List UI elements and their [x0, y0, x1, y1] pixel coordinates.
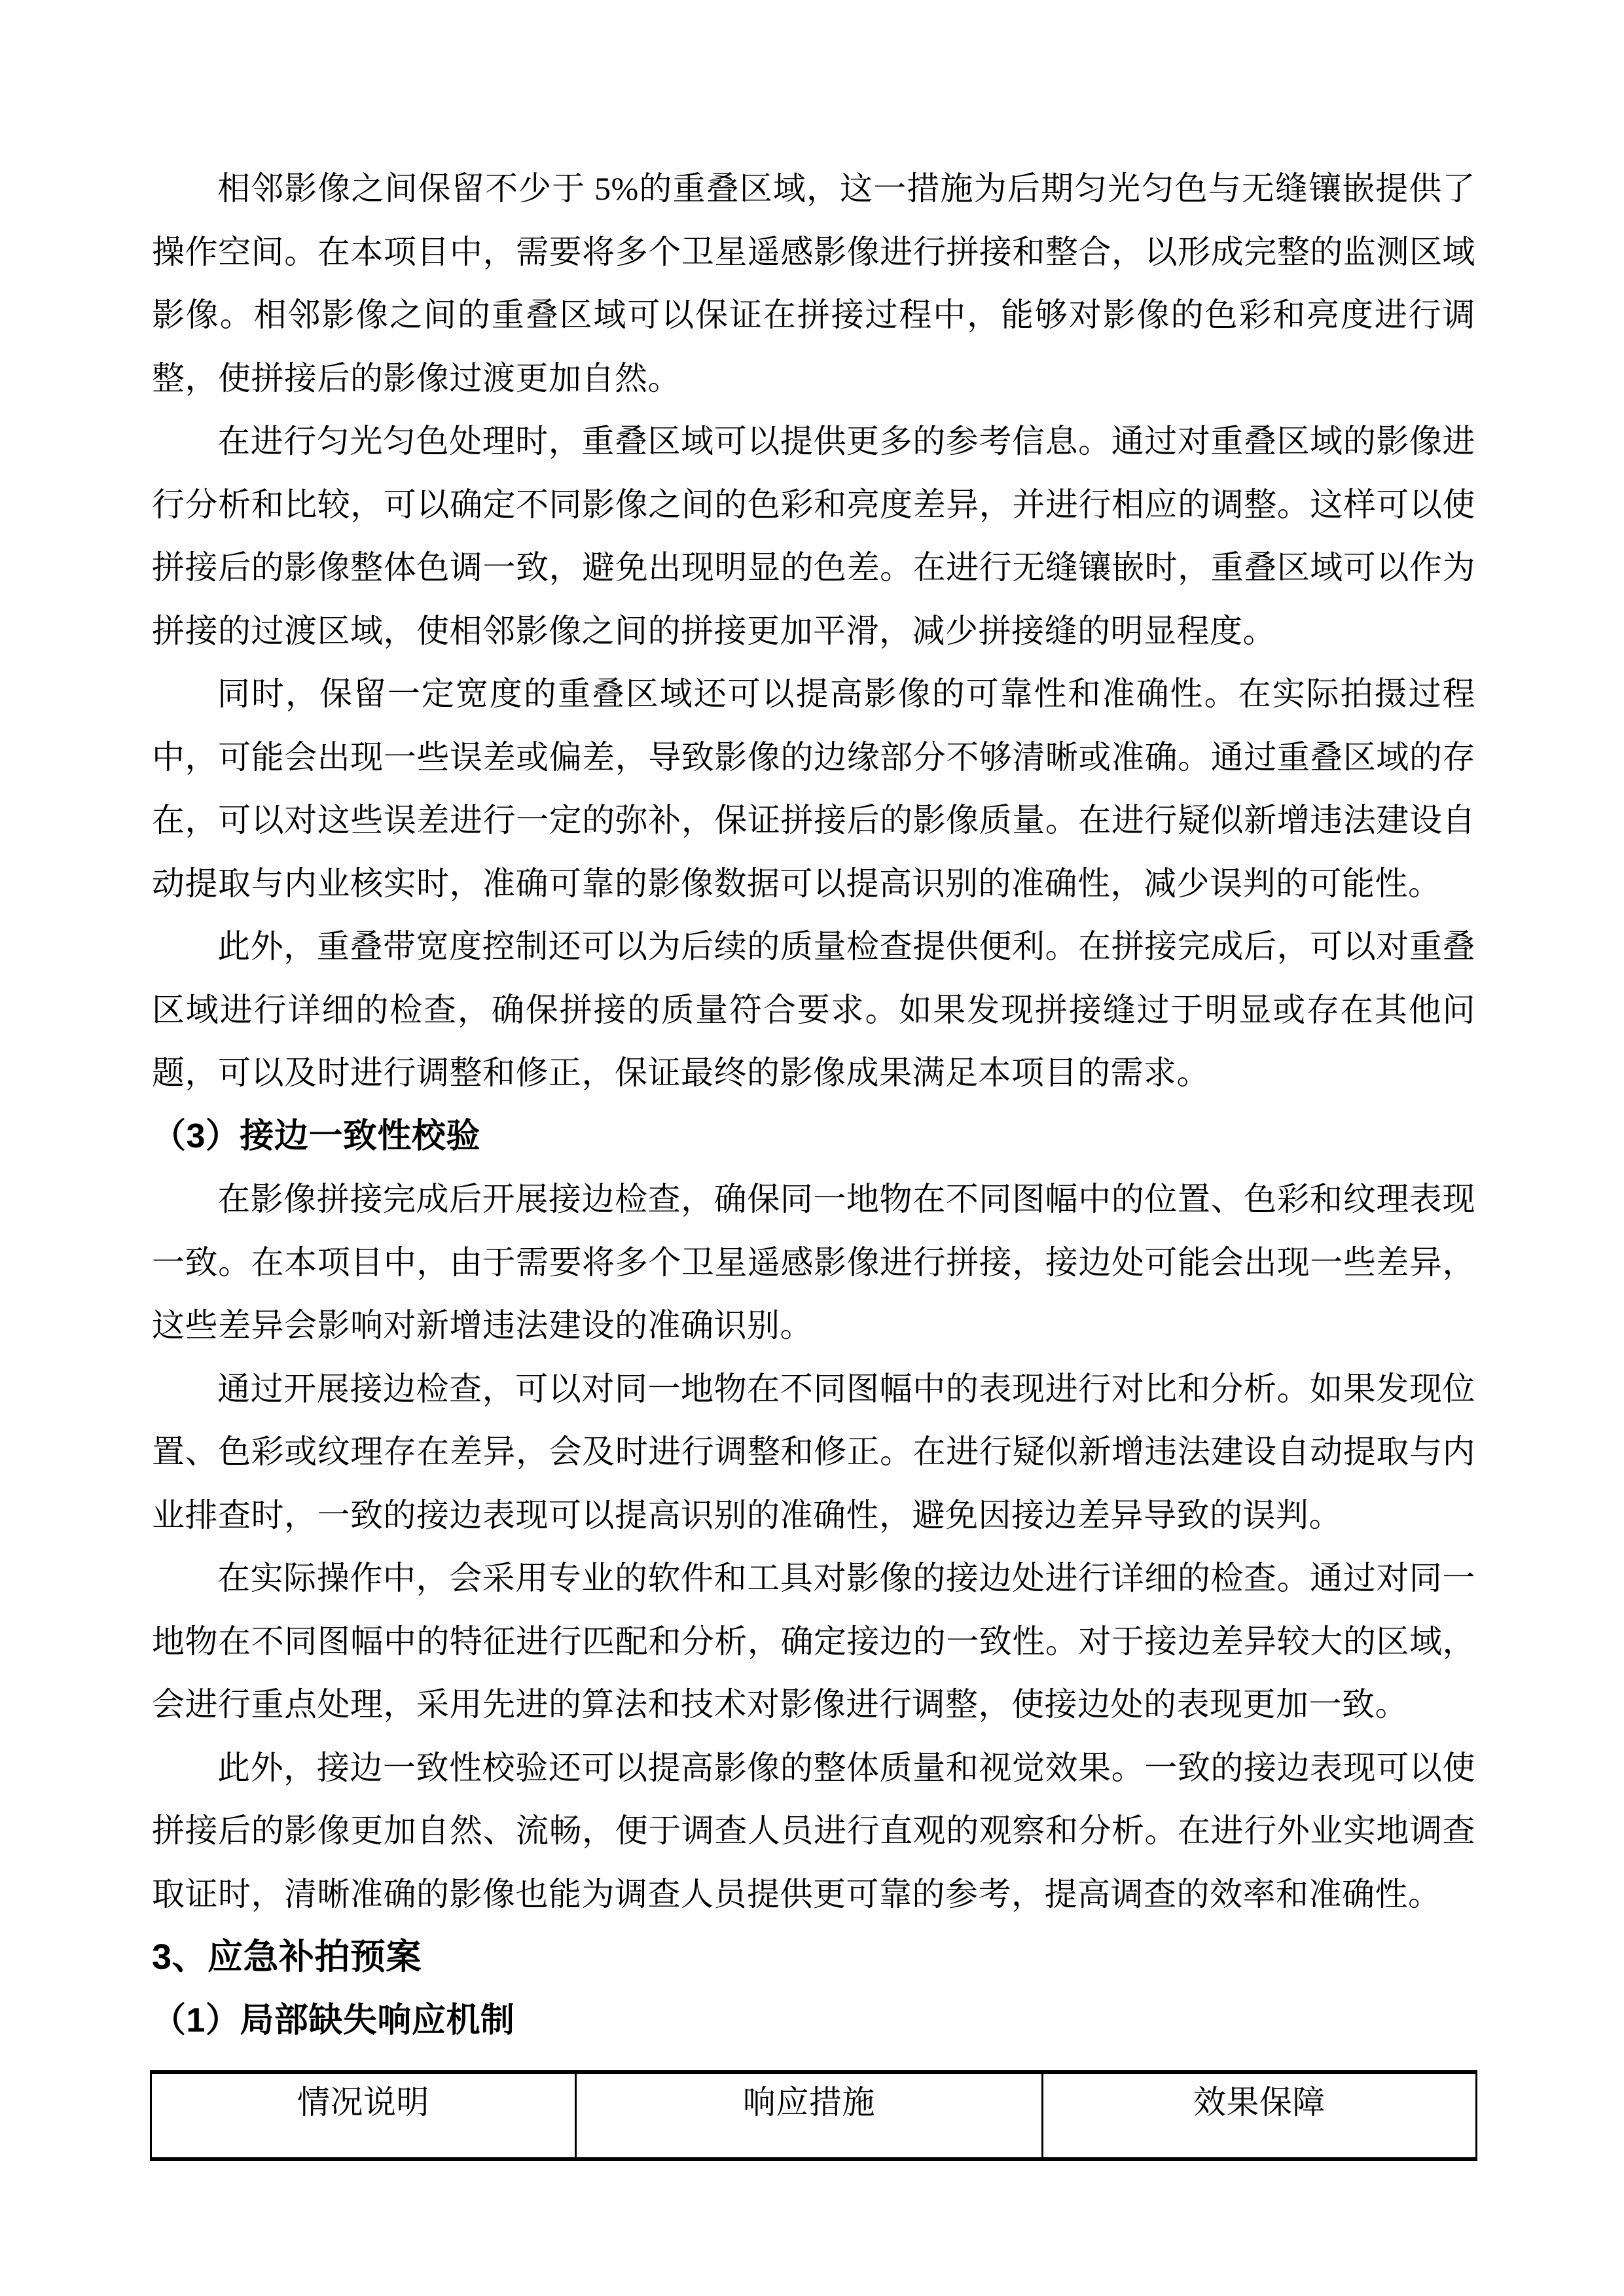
paragraph-edge-1: 在影像拼接完成后开展接边检查，确保同一地物在不同图幅中的位置、色彩和纹理表现一致… [152, 1168, 1475, 1357]
response-mechanism-table: 情况说明 响应措施 效果保障 [150, 2070, 1477, 2161]
table-header-guarantee: 效果保障 [1042, 2072, 1476, 2159]
paragraph-edge-4: 此外，接边一致性校验还可以提高影像的整体质量和视觉效果。一致的接边表现可以使拼接… [152, 1736, 1475, 1926]
table-header-row: 情况说明 响应措施 效果保障 [151, 2072, 1477, 2159]
paragraph-overlap-1: 相邻影像之间保留不少于 5%的重叠区域，这一措施为后期匀光匀色与无缝镶嵌提供了操… [152, 157, 1475, 410]
table-header-response: 响应措施 [576, 2072, 1043, 2159]
paragraph-overlap-4: 此外，重叠带宽度控制还可以为后续的质量检查提供便利。在拼接完成后，可以对重叠区域… [152, 915, 1475, 1105]
paragraph-edge-2: 通过开展接边检查，可以对同一地物在不同图幅中的表现进行对比和分析。如果发现位置、… [152, 1357, 1475, 1547]
paragraph-overlap-2: 在进行匀光匀色处理时，重叠区域可以提供更多的参考信息。通过对重叠区域的影像进行分… [152, 410, 1475, 662]
heading-edge-consistency-check: （3）接边一致性校验 [152, 1105, 1475, 1168]
table-header-situation: 情况说明 [151, 2072, 576, 2159]
paragraph-edge-3: 在实际操作中，会采用专业的软件和工具对影像的接边处进行详细的检查。通过对同一地物… [152, 1547, 1475, 1736]
heading-emergency-reshoot-plan: 3、应急补拍预案 [152, 1926, 1475, 1989]
paragraph-overlap-3: 同时，保留一定宽度的重叠区域还可以提高影像的可靠性和准确性。在实际拍摄过程中，可… [152, 662, 1475, 915]
document-page: 相邻影像之间保留不少于 5%的重叠区域，这一措施为后期匀光匀色与无缝镶嵌提供了操… [0, 0, 1624, 2296]
heading-local-missing-response: （1）局部缺失响应机制 [152, 1989, 1475, 2053]
document-content: 相邻影像之间保留不少于 5%的重叠区域，这一措施为后期匀光匀色与无缝镶嵌提供了操… [152, 157, 1475, 2161]
